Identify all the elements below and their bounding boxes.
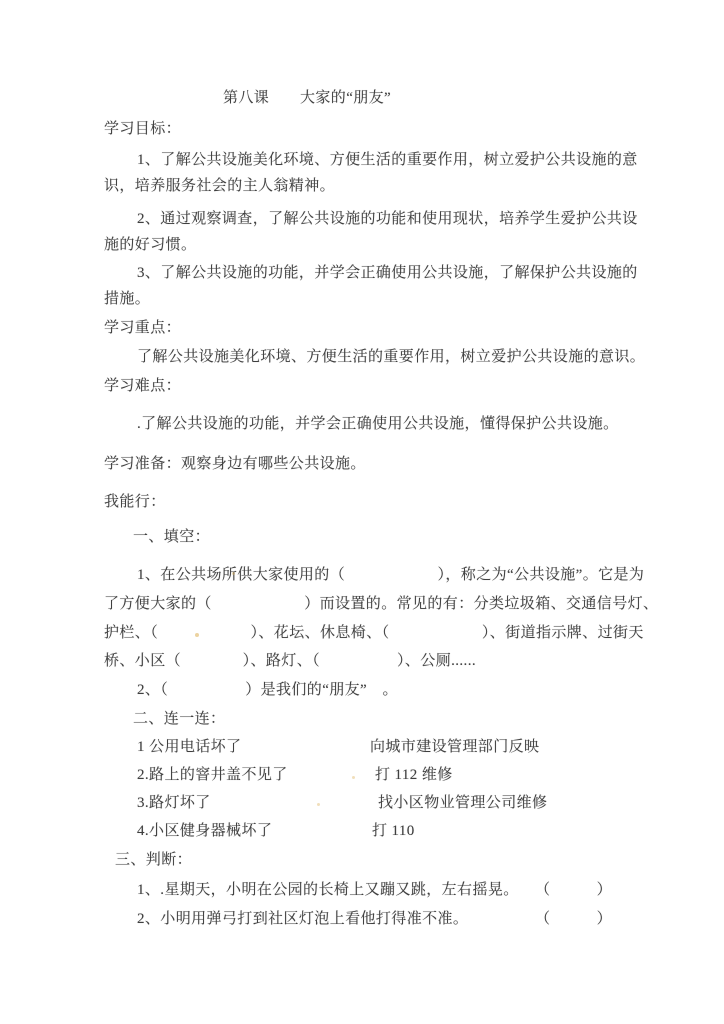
matching-item-3-right: 找小区物业管理公司维修 (378, 794, 547, 813)
heading-difficulties: 学习难点： (104, 377, 181, 396)
judgment-item-1-brackets: （ ） (535, 881, 612, 900)
scan-artifact-speck (232, 572, 235, 575)
judgment-item-1-text: 1、.星期天，小明在公园的长椅上又蹦又跳，左右摇晃。 (137, 881, 519, 900)
goal-1-line-2: 识，培养服务社会的主人翁精神。 (104, 177, 335, 196)
matching-item-4-left: 4.小区健身器械坏了 (137, 822, 272, 841)
fill-blanks-line-2: 了方便大家的（ ）而设置的。常见的有：分类垃圾箱、交通信号灯、 (104, 595, 658, 614)
matching-item-1-right: 向城市建设管理部门反映 (370, 738, 539, 757)
heading-matching: 二、连一连： (133, 710, 225, 729)
page-title: 第八课 大家的“朋友” (223, 89, 391, 108)
preparation-line: 学习准备：观察身边有哪些公共设施。 (104, 455, 366, 474)
heading-learning-goals: 学习目标： (104, 120, 181, 139)
goal-3-line-2: 措施。 (104, 290, 150, 309)
scan-artifact-speck (317, 803, 320, 806)
scan-artifact-speck (352, 776, 355, 779)
judgment-item-2-brackets: （ ） (535, 910, 612, 929)
heading-key-points: 学习重点： (104, 319, 181, 338)
heading-judgment: 三、判断： (115, 851, 192, 870)
matching-item-2-right: 打 112 维修 (375, 766, 453, 785)
matching-item-3-left: 3.路灯坏了 (137, 794, 211, 813)
fill-blanks-line-1: 1、在公共场所供大家使用的（ ），称之为“公共设施”。它是为 (137, 566, 644, 585)
scan-artifact-speck (195, 633, 199, 637)
fill-blanks-line-5: 2、（ ）是我们的“朋友” 。 (137, 681, 398, 700)
goal-2-line-1: 2、通过观察调查，了解公共设施的功能和使用现状，培养学生爱护公共设 (137, 210, 638, 229)
matching-item-4-right: 打 110 (372, 822, 415, 841)
fill-blanks-line-4: 桥、小区（ ）、路灯、（ ）、公厕...... (104, 652, 476, 671)
fill-blanks-line-3: 护栏、（ ）、花坛、休息椅、（ ）、街道指示牌、过街天 (104, 624, 644, 643)
heading-fill-blanks: 一、填空： (133, 528, 210, 547)
document-page: 第八课 大家的“朋友” 学习目标： 1、了解公共设施美化环境、方便生活的重要作用… (0, 0, 724, 1024)
goal-3-line-1: 3、了解公共设施的功能，并学会正确使用公共设施，了解保护公共设施的 (137, 264, 638, 283)
judgment-item-2-text: 2、小明用弹弓打到社区灯泡上看他打得准不准。 (137, 910, 468, 929)
matching-item-2-left: 2.路上的窨井盖不见了 (137, 766, 288, 785)
i-can-line: 我能行： (104, 493, 166, 512)
difficulties-body: .了解公共设施的功能，并学会正确使用公共设施，懂得保护公共设施。 (137, 415, 619, 434)
goal-2-line-2: 施的好习惯。 (104, 236, 196, 255)
key-points-body: 了解公共设施美化环境、方便生活的重要作用，树立爱护公共设施的意识。 (137, 348, 645, 367)
goal-1-line-1: 1、了解公共设施美化环境、方便生活的重要作用，树立爱护公共设施的意 (137, 151, 638, 170)
matching-item-1-left: 1 公用电话坏了 (137, 738, 241, 757)
